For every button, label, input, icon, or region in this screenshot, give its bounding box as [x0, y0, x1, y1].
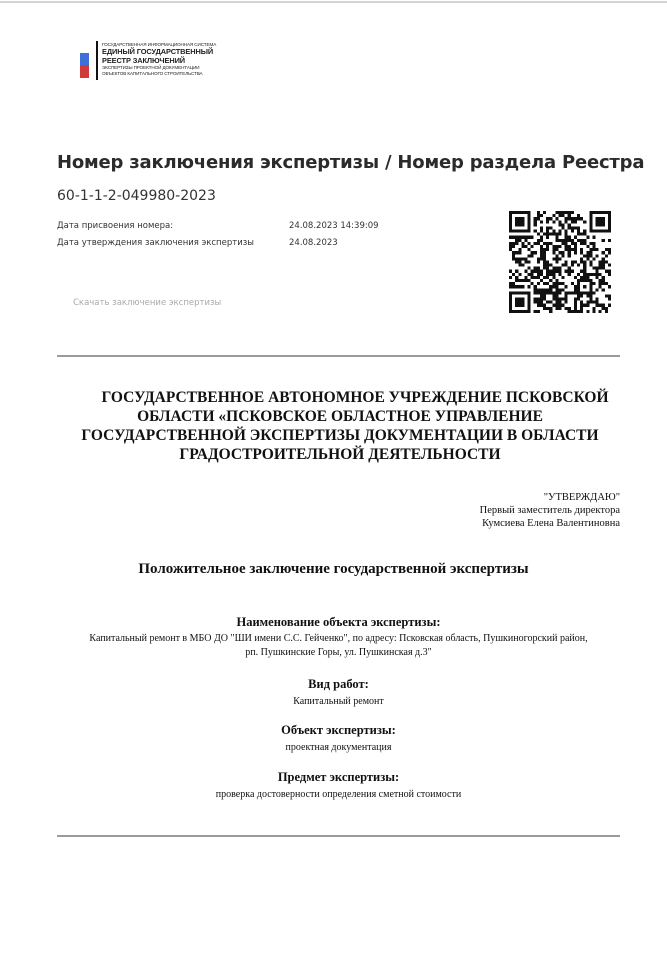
approval-date-row: Дата утверждения заключения экспертизы 2… — [57, 238, 254, 248]
approval-stamp: "УТВЕРЖДАЮ" — [480, 491, 620, 504]
org-name-line: ГОСУДАРСТВЕННОЙ ЭКСПЕРТИЗЫ ДОКУМЕНТАЦИИ … — [60, 426, 620, 445]
section-label: Предмет экспертизы: — [40, 769, 637, 785]
assignment-date-label: Дата присвоения номера: — [57, 221, 173, 231]
qr-code-icon — [509, 211, 611, 313]
logo-line: ОБЪЕКТОВ КАПИТАЛЬНОГО СТРОИТЕЛЬСТВА — [102, 71, 242, 77]
section-value: Капитальный ремонт — [40, 695, 637, 709]
approval-block: "УТВЕРЖДАЮ" Первый заместитель директора… — [480, 491, 620, 530]
section-label: Вид работ: — [40, 676, 637, 692]
divider — [57, 355, 620, 357]
approval-date-label: Дата утверждения заключения экспертизы — [57, 238, 254, 248]
section-value: проектная документация — [40, 741, 637, 755]
section-label: Наименование объекта экспертизы: — [40, 614, 637, 630]
divider — [57, 835, 620, 837]
org-name-line: ГРАДОСТРОИТЕЛЬНОЙ ДЕЯТЕЛЬНОСТИ — [60, 445, 620, 464]
download-conclusion-link[interactable]: Скачать заключение экспертизы — [73, 298, 221, 308]
approval-date-value: 24.08.2023 — [289, 238, 338, 248]
org-name-line: ОБЛАСТИ «ПСКОВСКОЕ ОБЛАСТНОЕ УПРАВЛЕНИЕ — [60, 407, 620, 426]
assignment-date-row: Дата присвоения номера: 24.08.2023 14:39… — [57, 221, 173, 231]
section-work-type: Вид работ: Капитальный ремонт — [40, 676, 637, 709]
page-title: Номер заключения экспертизы / Номер разд… — [57, 152, 644, 173]
section-expertise-object: Объект экспертизы: проектная документаци… — [40, 722, 637, 755]
logo-divider — [96, 41, 98, 80]
section-label: Объект экспертизы: — [40, 722, 637, 738]
section-value: рп. Пушкинские Горы, ул. Пушкинская д.3" — [40, 646, 637, 660]
flag-icon-red — [80, 65, 89, 78]
section-value: проверка достоверности определения сметн… — [40, 788, 637, 802]
assignment-date-value: 24.08.2023 14:39:09 — [289, 221, 379, 231]
logo-text: ГОСУДАРСТВЕННАЯ ИНФОРМАЦИОННАЯ СИСТЕМА Е… — [102, 42, 242, 76]
logo-line: РЕЕСТР ЗАКЛЮЧЕНИЙ — [102, 57, 242, 66]
section-object-name: Наименование объекта экспертизы: Капитал… — [40, 614, 637, 660]
org-name-line: ГОСУДАРСТВЕННОЕ АВТОНОМНОЕ УЧРЕЖДЕНИЕ ПС… — [60, 388, 620, 407]
section-expertise-subject: Предмет экспертизы: проверка достовернос… — [40, 769, 637, 802]
registry-number: 60-1-1-2-049980-2023 — [57, 188, 216, 204]
approver-position: Первый заместитель директора — [480, 504, 620, 517]
top-border — [0, 1, 667, 3]
organization-name: ГОСУДАРСТВЕННОЕ АВТОНОМНОЕ УЧРЕЖДЕНИЕ ПС… — [60, 388, 620, 464]
approver-name: Кумсиева Елена Валентиновна — [480, 517, 620, 530]
section-value: Капитальный ремонт в МБО ДО "ШИ имени С.… — [40, 632, 637, 646]
conclusion-title: Положительное заключение государственной… — [0, 561, 667, 578]
flag-icon-blue — [80, 53, 89, 65]
